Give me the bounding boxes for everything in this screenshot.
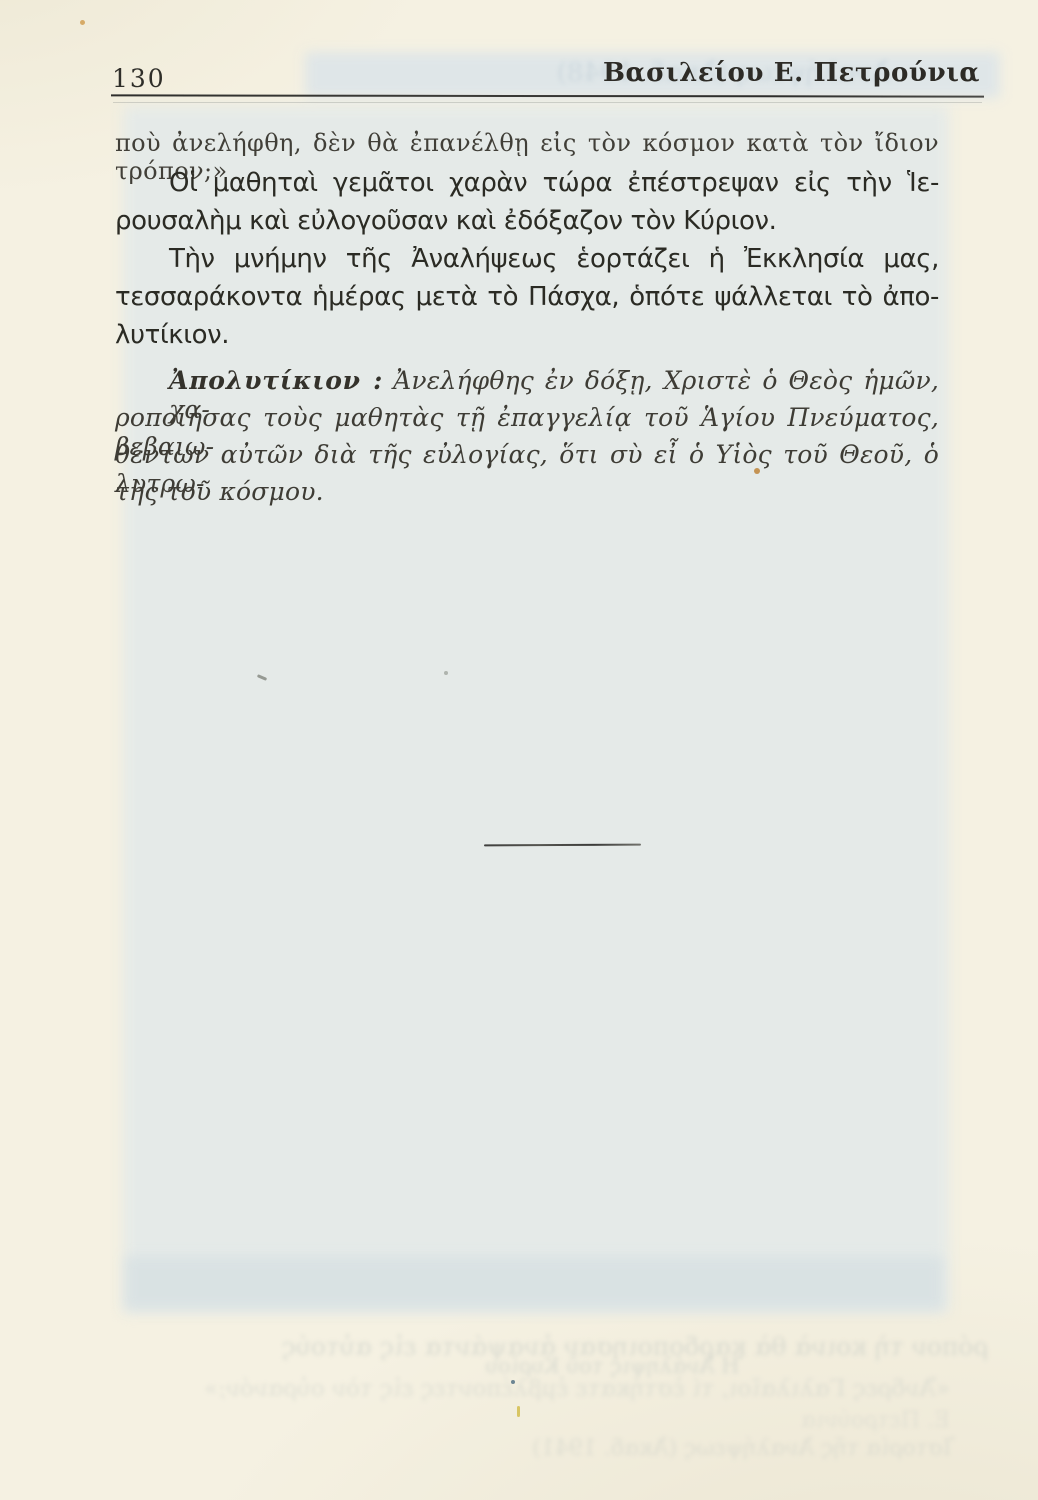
bleed-through-line-5: Ἱστορία τῆς Ἀναλήψεως (Ἀκαδ. 1941)	[424, 1436, 954, 1461]
scan-speck	[517, 1406, 520, 1417]
scan-speck	[511, 1380, 515, 1384]
scan-speck	[444, 671, 448, 675]
paragraph-feast-line-2: τεσσαράκοντα ἡμέρας μετὰ τὸ Πάσχα, ὁπότε…	[115, 282, 939, 312]
scan-speck	[754, 468, 760, 474]
apolytikion-line-4: τὴς τοῦ κόσμου.	[115, 477, 939, 506]
scanned-book-page: Ἀναλήψεως (Ἀκαδ. 1948) 130 Βασιλείου Ε. …	[0, 0, 1038, 1500]
scan-speck	[80, 20, 85, 25]
bleed-through-line-4: Ε. Πετρούνια	[700, 1408, 950, 1433]
bleed-through-line-2: Ἡ Ἀνάληψις τοῦ Κυρίου	[382, 1354, 742, 1378]
paragraph-disciples-line-1: Οἱ μαθηταὶ γεμᾶτοι χαρὰν τώρα ἐπέστρεψαν…	[115, 168, 939, 198]
text-column: ποὺ ἀνελήφθη, δὲν θὰ ἐπανέλθῃ εἰς τὸν κό…	[115, 0, 939, 1500]
paragraph-feast-line-1: Τὴν μνήμην τῆς Ἀναλήψεως ἑορτάζει ἡ Ἐκκλ…	[115, 244, 939, 274]
apolytikion-label: Ἀπολυτίκιον :	[169, 366, 383, 395]
paragraph-disciples-line-2: ρουσαλὴμ καὶ εὐλογοῦσαν καὶ ἐδόξαζον τὸν…	[115, 206, 939, 236]
bleed-through-line-3: «Ἄνδρες Γαλιλαῖοι, τί ἑστήκατε ἐμβλέποντ…	[150, 1376, 950, 1402]
paragraph-feast-line-3: λυτίκιον.	[115, 320, 939, 350]
